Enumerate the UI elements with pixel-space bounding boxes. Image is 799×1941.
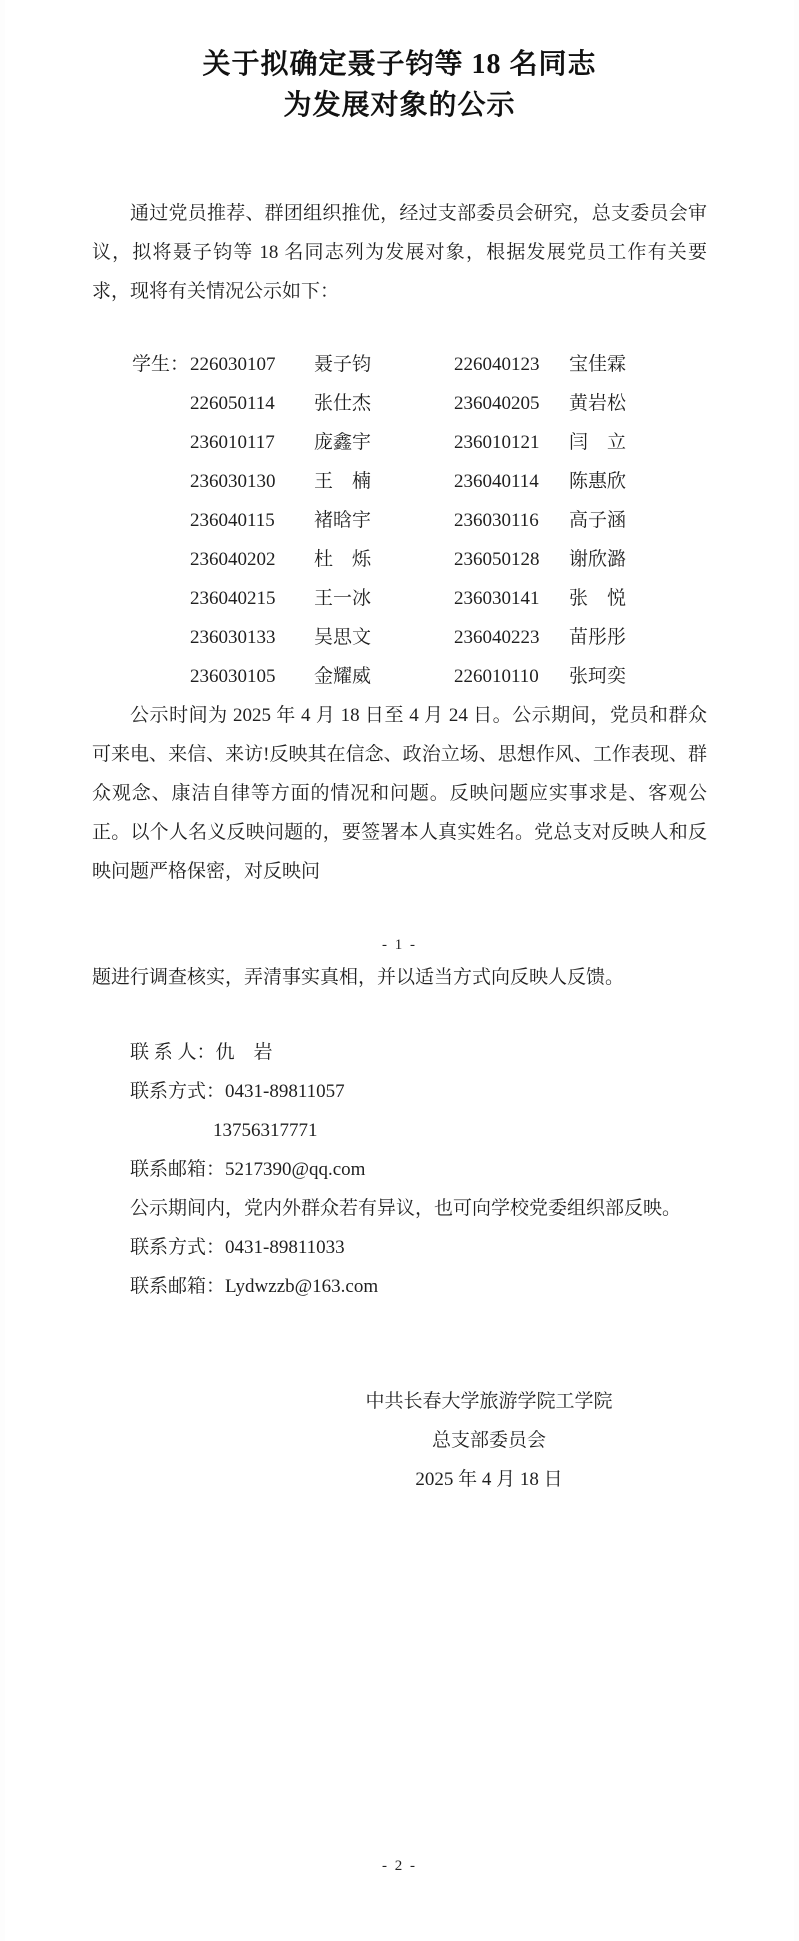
student-name: 张 悦 — [569, 579, 707, 618]
student-id: 236030130 — [190, 462, 314, 501]
student-list-row: 226050114 张仕杰 236040205 黄岩松 — [92, 384, 707, 423]
student-list-label — [132, 579, 190, 618]
page-1-number: - 1 - — [5, 936, 794, 954]
student-id: 236040215 — [190, 579, 314, 618]
document-page: 关于拟确定聂子钧等 18 名同志 为发展对象的公示 通过党员推荐、群团组织推优，… — [0, 0, 799, 1941]
student-name: 张仕杰 — [314, 384, 454, 423]
student-id: 236050128 — [454, 540, 569, 579]
signature-org-line-2: 总支部委员会 — [344, 1421, 634, 1460]
page-2-number: - 2 - — [5, 1857, 794, 1875]
student-list-row: 236040215 王一冰 236030141 张 悦 — [92, 579, 707, 618]
contact-phone2-line: 13756317771 — [92, 1111, 707, 1150]
student-id: 236040205 — [454, 384, 569, 423]
student-id: 236030141 — [454, 579, 569, 618]
student-name: 高子涵 — [569, 501, 707, 540]
org-phone-line: 联系方式：0431-89811033 — [92, 1228, 707, 1267]
student-list-label: 学生： — [132, 345, 190, 384]
student-list-label — [132, 384, 190, 423]
student-id: 236040202 — [190, 540, 314, 579]
student-id: 226030107 — [190, 345, 314, 384]
student-name: 聂子钧 — [314, 345, 454, 384]
contact-phone-line: 联系方式：0431-89811057 — [92, 1072, 707, 1111]
contact-person-line: 联 系 人：仇 岩 — [92, 1033, 707, 1072]
student-id: 226050114 — [190, 384, 314, 423]
student-name: 陈惠欣 — [569, 462, 707, 501]
student-list-row: 236030133 吴思文 236040223 苗彤彤 — [92, 618, 707, 657]
student-list-label — [132, 540, 190, 579]
student-list-row: 236010117 庞鑫宇 236010121 闫 立 — [92, 423, 707, 462]
student-id: 236040115 — [190, 501, 314, 540]
student-id: 236010117 — [190, 423, 314, 462]
notice-paragraph: 公示时间为 2025 年 4 月 18 日至 4 月 24 日。公示期间，党员和… — [92, 696, 707, 891]
student-list-label — [132, 618, 190, 657]
student-list-row: 236040115 褚晗宇 236030116 高子涵 — [92, 501, 707, 540]
student-name: 杜 烁 — [314, 540, 454, 579]
student-id: 226010110 — [454, 657, 569, 696]
student-name: 褚晗宇 — [314, 501, 454, 540]
student-id: 236040114 — [454, 462, 569, 501]
student-name: 金耀威 — [314, 657, 454, 696]
student-name: 苗彤彤 — [569, 618, 707, 657]
student-id: 226040123 — [454, 345, 569, 384]
student-id: 236040223 — [454, 618, 569, 657]
student-id: 236030116 — [454, 501, 569, 540]
document-title: 关于拟确定聂子钧等 18 名同志 为发展对象的公示 — [92, 0, 707, 126]
student-name: 王 楠 — [314, 462, 454, 501]
signature-block: 中共长春大学旅游学院工学院 总支部委员会 2025 年 4 月 18 日 — [344, 1382, 634, 1499]
signature-org-line-1: 中共长春大学旅游学院工学院 — [344, 1382, 634, 1421]
student-name: 宝佳霖 — [569, 345, 707, 384]
signature-date: 2025 年 4 月 18 日 — [344, 1460, 634, 1499]
student-id: 236010121 — [454, 423, 569, 462]
contact-email-line: 联系邮箱：5217390@qq.com — [92, 1150, 707, 1189]
student-list-row: 236040202 杜 烁 236050128 谢欣潞 — [92, 540, 707, 579]
student-list-label — [132, 657, 190, 696]
student-list-row: 学生： 226030107 聂子钧 226040123 宝佳霖 — [92, 345, 707, 384]
student-name: 吴思文 — [314, 618, 454, 657]
document-content: 关于拟确定聂子钧等 18 名同志 为发展对象的公示 通过党员推荐、群团组织推优，… — [92, 0, 707, 1499]
student-id: 236030133 — [190, 618, 314, 657]
student-list: 学生： 226030107 聂子钧 226040123 宝佳霖 22605011… — [92, 345, 707, 696]
student-name: 张珂奕 — [569, 657, 707, 696]
title-line-2: 为发展对象的公示 — [92, 85, 707, 126]
student-name: 庞鑫宇 — [314, 423, 454, 462]
paper-sheet: 关于拟确定聂子钧等 18 名同志 为发展对象的公示 通过党员推荐、群团组织推优，… — [5, 0, 794, 1941]
org-email-line: 联系邮箱：Lydwzzb@163.com — [92, 1267, 707, 1306]
contact-block: 联 系 人：仇 岩 联系方式：0431-89811057 13756317771… — [92, 1033, 707, 1306]
title-line-1: 关于拟确定聂子钧等 18 名同志 — [92, 44, 707, 85]
student-id: 236030105 — [190, 657, 314, 696]
student-name: 王一冰 — [314, 579, 454, 618]
student-name: 谢欣潞 — [569, 540, 707, 579]
student-list-row: 236030130 王 楠 236040114 陈惠欣 — [92, 462, 707, 501]
objection-paragraph: 公示期间内，党内外群众若有异议，也可向学校党委组织部反映。 — [92, 1189, 707, 1228]
student-list-label — [132, 462, 190, 501]
intro-paragraph: 通过党员推荐、群团组织推优，经过支部委员会研究，总支委员会审议，拟将聂子钧等 1… — [92, 194, 707, 311]
student-list-row: 236030105 金耀威 226010110 张珂奕 — [92, 657, 707, 696]
student-list-label — [132, 423, 190, 462]
continuation-line: 题进行调查核实，弄清事实真相，并以适当方式向反映人反馈。 — [92, 958, 707, 997]
student-list-label — [132, 501, 190, 540]
student-name: 闫 立 — [569, 423, 707, 462]
student-name: 黄岩松 — [569, 384, 707, 423]
